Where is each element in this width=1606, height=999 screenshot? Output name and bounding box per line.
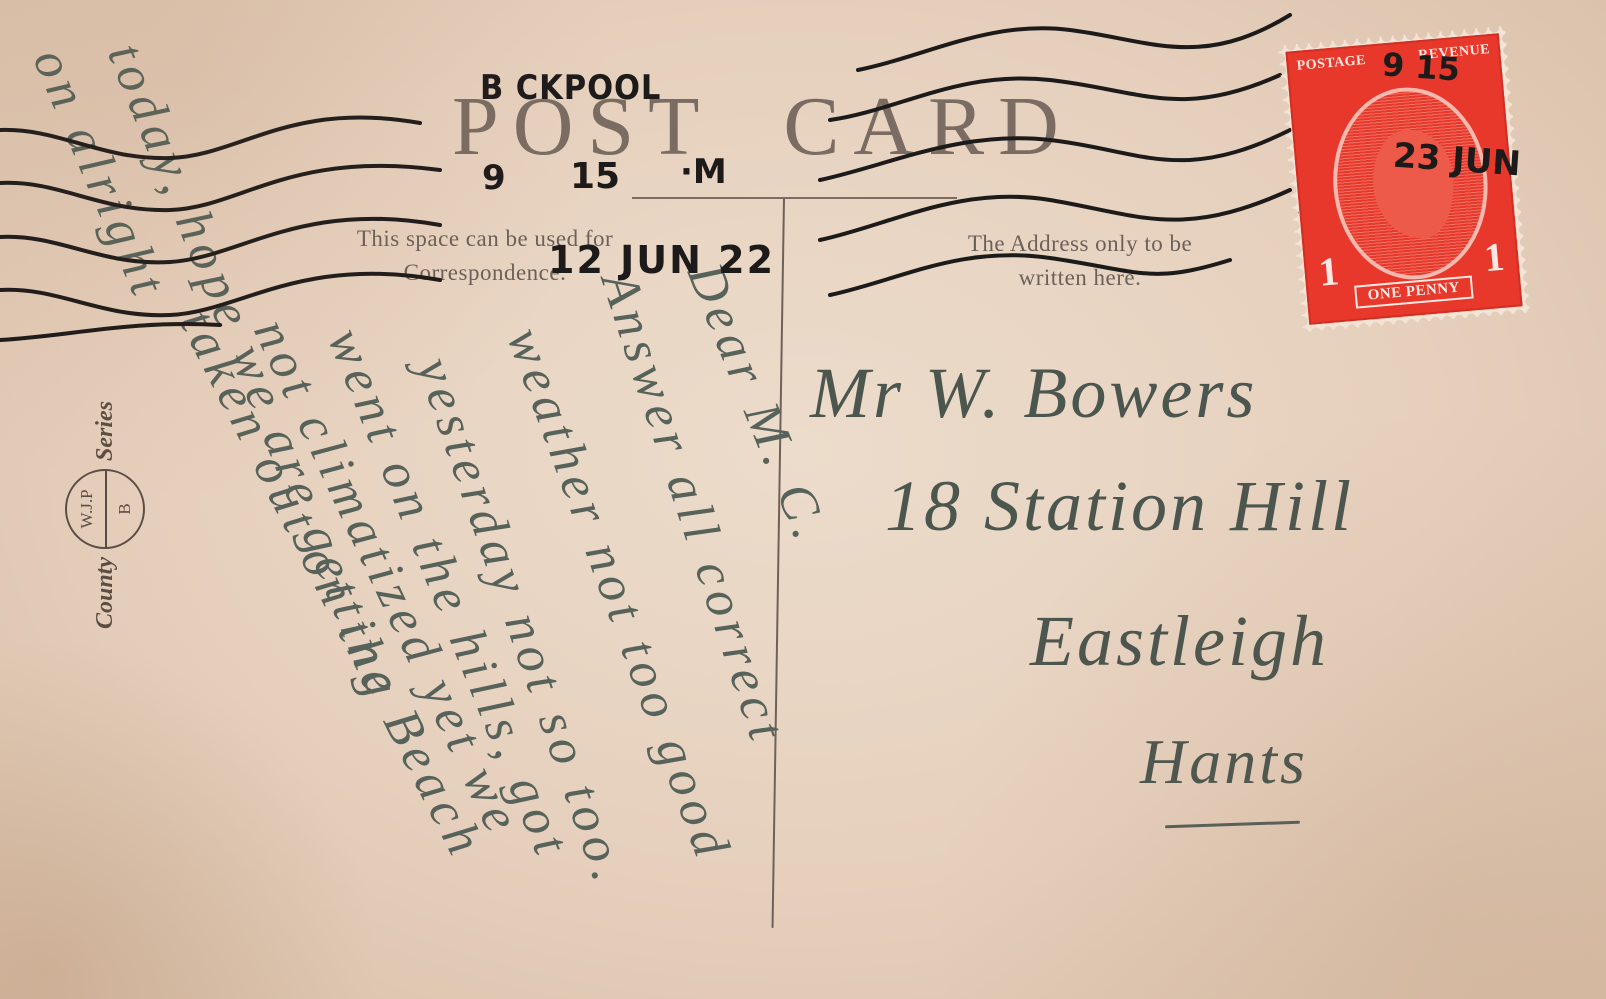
address-underline [1165,821,1300,829]
postmark-date: 12 JUN 22 [548,238,775,282]
address-notice-line1: The Address only to be [900,227,1260,261]
heading-word-card: CARD [783,80,1072,173]
stamp-label-postage: POSTAGE [1296,53,1367,75]
postmark-hour: 9 [482,158,506,198]
address-notice-line2: written here. [900,261,1260,295]
stamp-value-left: 1 [1317,247,1341,296]
stamp-cancel-time: 9 15 [1381,45,1461,88]
recipient-town: Eastleigh [1030,600,1329,683]
address-notice: The Address only to be written here. [900,227,1260,295]
recipient-name: Mr W. Bowers [810,352,1257,435]
postmark-town: B CKPOOL [480,68,661,108]
recipient-county: Hants [1140,725,1308,799]
postmark-minute: 15 [570,156,620,197]
postmark-ampm: ·M [680,152,727,192]
stamp-denomination: ONE PENNY [1354,275,1474,308]
stamp-value-right: 1 [1482,233,1506,282]
postcard-back: POSTCARD This space can be used for Corr… [0,0,1606,999]
stamp-portrait-frame [1325,81,1495,286]
handwritten-message: Dear M. C.Answer all correctweather not … [40,20,780,980]
recipient-street: 18 Station Hill [885,465,1354,548]
